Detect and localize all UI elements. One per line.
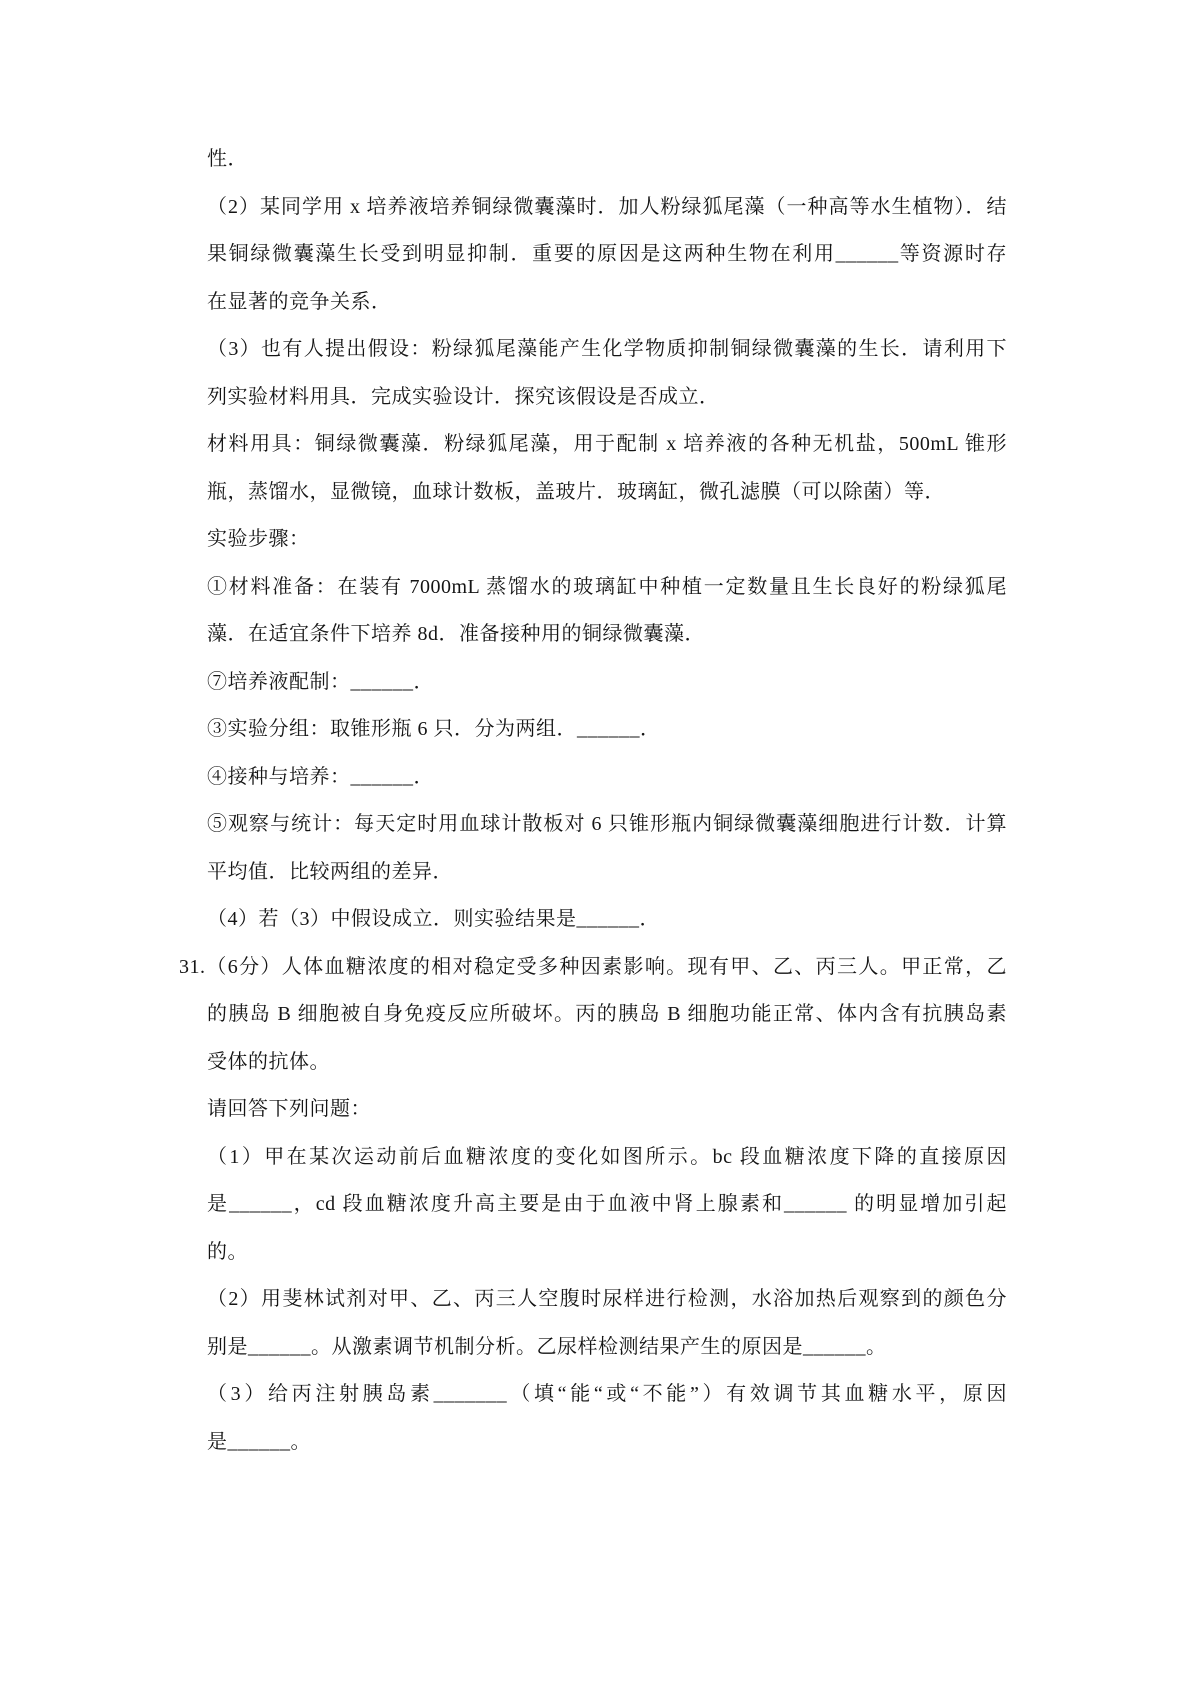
- q31-sub-2-line-2: 别是______。从激素调节机制分析。乙尿样检测结果产生的原因是______。: [207, 1324, 1007, 1372]
- step-1-line-2: 藻．在适宜条件下培养 8d．准备接种用的铜绿微囊藻．: [207, 611, 1007, 659]
- problem-31-line-3: 受体的抗体。: [207, 1039, 1007, 1087]
- step-5-line-1: ⑤观察与统计：每天定时用血球计散板对 6 只锥形瓶内铜绿微囊藻细胞进行计数．计算: [207, 801, 1007, 849]
- para-end-line: 性．: [207, 136, 1007, 184]
- q31-sub-2-line-1: （2）用斐林试剂对甲、乙、丙三人空腹时尿样进行检测，水浴加热后观察到的颜色分: [207, 1276, 1007, 1324]
- step-4-line: ④接种与培养：______．: [207, 754, 1007, 802]
- question-2-line-1: （2）某同学用 x 培养液培养铜绿微囊藻时．加人粉绿狐尾藻（一种高等水生植物）．…: [207, 184, 1007, 232]
- q31-sub-1-line-3: 的。: [207, 1229, 1007, 1277]
- document-page: 性．（2）某同学用 x 培养液培养铜绿微囊藻时．加人粉绿狐尾藻（一种高等水生植物…: [0, 0, 1200, 1698]
- step-2-line: ⑦培养液配制：______．: [207, 659, 1007, 707]
- problem-31-line-1: 31.（6分）人体血糖浓度的相对稳定受多种因素影响。现有甲、乙、丙三人。甲正常，…: [207, 944, 1007, 992]
- step-1-line-1: ①材料准备：在装有 7000mL 蒸馏水的玻璃缸中种植一定数量且生长良好的粉绿狐…: [207, 564, 1007, 612]
- problem-31-prompt: 请回答下列问题：: [207, 1086, 1007, 1134]
- q31-sub-1-line-1: （1）甲在某次运动前后血糖浓度的变化如图所示。bc 段血糖浓度下降的直接原因: [207, 1134, 1007, 1182]
- step-3-line: ③实验分组：取锥形瓶 6 只．分为两组．______．: [207, 706, 1007, 754]
- document-body: 性．（2）某同学用 x 培养液培养铜绿微囊藻时．加人粉绿狐尾藻（一种高等水生植物…: [207, 136, 1007, 1466]
- materials-line-1: 材料用具：铜绿微囊藻．粉绿狐尾藻，用于配制 x 培养液的各种无机盐，500mL …: [207, 421, 1007, 469]
- question-3-line-1: （3）也有人提出假设：粉绿狐尾藻能产生化学物质抑制铜绿微囊藻的生长．请利用下: [207, 326, 1007, 374]
- question-2-line-2: 果铜绿微囊藻生长受到明显抑制．重要的原因是这两种生物在利用______等资源时存: [207, 231, 1007, 279]
- q31-sub-3-line-1: （3）给丙注射胰岛素_______（填“能“或“不能”）有效调节其血糖水平，原因: [207, 1371, 1007, 1419]
- steps-heading: 实验步骤：: [207, 516, 1007, 564]
- question-2-line-3: 在显著的竞争关系．: [207, 279, 1007, 327]
- question-4-line: （4）若（3）中假设成立．则实验结果是______．: [207, 896, 1007, 944]
- question-3-line-2: 列实验材料用具．完成实验设计．探究该假设是否成立．: [207, 374, 1007, 422]
- problem-31-line-2: 的胰岛 B 细胞被自身免疫反应所破坏。丙的胰岛 B 细胞功能正常、体内含有抗胰岛…: [207, 991, 1007, 1039]
- step-5-line-2: 平均值．比较两组的差异．: [207, 849, 1007, 897]
- q31-sub-1-line-2: 是______，cd 段血糖浓度升高主要是由于血液中肾上腺素和______ 的明…: [207, 1181, 1007, 1229]
- materials-line-2: 瓶，蒸馏水，显微镜，血球计数板，盖玻片．玻璃缸，微孔滤膜（可以除菌）等．: [207, 469, 1007, 517]
- q31-sub-3-line-2: 是______。: [207, 1419, 1007, 1467]
